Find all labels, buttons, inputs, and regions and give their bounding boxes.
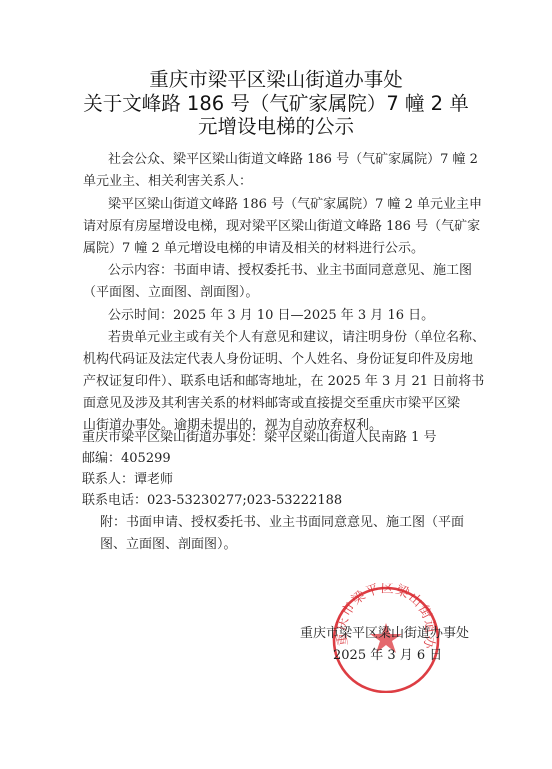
- document-title: 重庆市梁平区梁山街道办事处 关于文峰路 186 号（气矿家属院）7 幢 2 单 …: [0, 68, 552, 139]
- salutation-line-2: 单元业主、相关利害关系人：: [83, 174, 252, 190]
- contact-phone-line: 联系电话：023-53230277;023-53222188: [82, 493, 342, 509]
- paragraph-line: 属院）7 幢 2 单元增设电梯的申请及相关的材料进行公示。: [83, 241, 424, 257]
- attachment-line-1: 附：书面申请、授权委托书、业主书面同意意见、施工图（平面: [100, 515, 464, 531]
- salutation-line-1: 社会公众、梁平区梁山街道文峰路 186 号（气矿家属院）7 幢 2: [108, 152, 478, 168]
- paragraph-line: 产权证复印件）、联系电话和邮寄地址，在 2025 年 3 月 21 日前将书: [83, 374, 484, 390]
- paragraph-line: 机构代码证及法定代表人身份证明、个人姓名、身份证复印件及房地: [83, 352, 473, 368]
- content-line: （平面图、立面图、剖面图）。: [83, 285, 259, 301]
- attachment-line-2: 图、立面图、剖面图）。: [100, 537, 237, 553]
- title-line-3: 元增设电梯的公示: [0, 115, 552, 139]
- issue-date: 2025 年 3 月 6 日: [333, 644, 442, 663]
- paragraph-line: 面意见及涉及其利害关系的材料邮寄或直接提交至重庆市梁平区梁: [83, 396, 460, 412]
- period-line: 公示时间：2025 年 3 月 10 日—2025 年 3 月 16 日。: [108, 308, 434, 324]
- content-line: 公示内容：书面申请、授权委托书、业主书面同意意见、施工图: [108, 263, 472, 279]
- address-line: 重庆市梁平区梁山街道办事处：梁平区梁山街道人民南路 1 号: [82, 430, 437, 446]
- paragraph-line: 梁平区梁山街道文峰路 186 号（气矿家属院）7 幢 2 单元业主申: [108, 197, 482, 213]
- postcode-line: 邮编：405299: [82, 451, 171, 467]
- paragraph-line: 请对原有房屋增设电梯，现对梁平区梁山街道文峰路 186 号（气矿家: [83, 219, 480, 235]
- title-line-1: 重庆市梁平区梁山街道办事处: [0, 68, 552, 92]
- issuer-name: 重庆市梁平区梁山街道办事处: [300, 622, 469, 641]
- title-line-2: 关于文峰路 186 号（气矿家属院）7 幢 2 单: [0, 92, 552, 116]
- paragraph-line: 若贵单元业主或有关个人有意见和建议，请注明身份（单位名称、: [108, 330, 485, 346]
- contact-person-line: 联系人：谭老师: [82, 472, 173, 488]
